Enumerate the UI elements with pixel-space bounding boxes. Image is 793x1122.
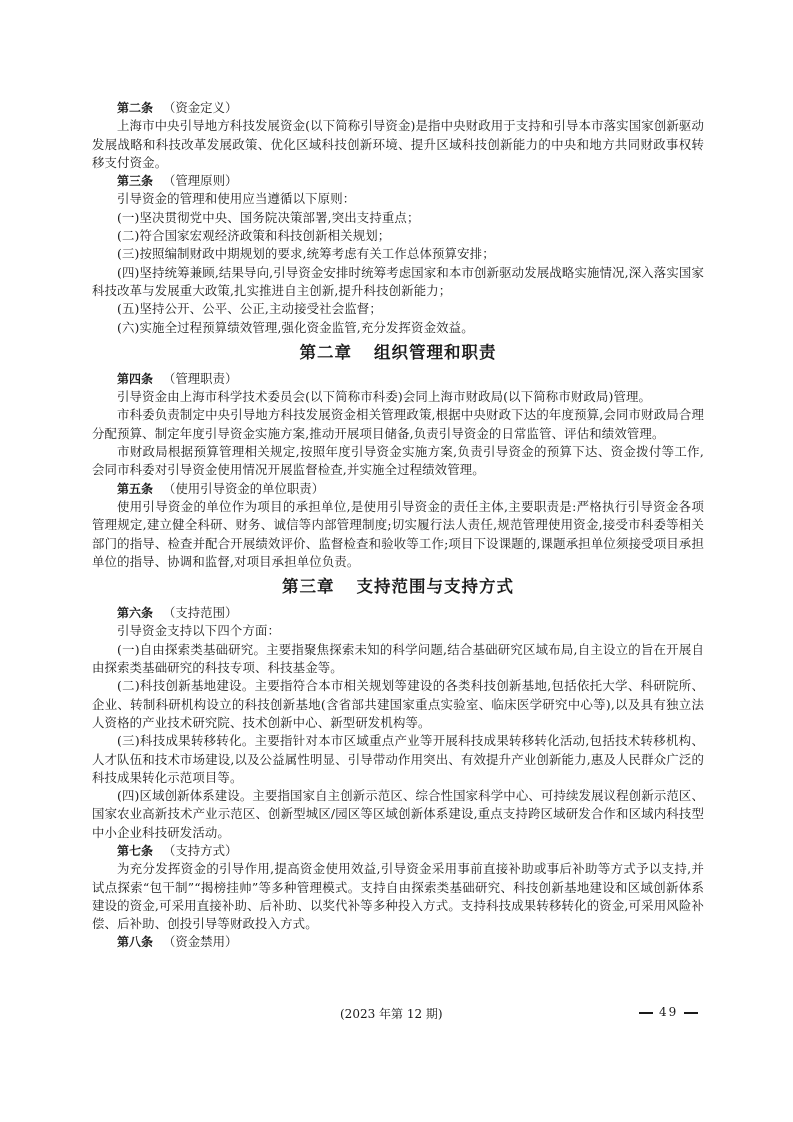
article-title: （资金定义）	[163, 100, 237, 115]
article-title: （资金禁用）	[163, 934, 237, 949]
paragraph: 上海市中央引导地方科技发展资金(以下简称引导资金)是指中央财政用于支持和引导本市…	[92, 117, 704, 172]
article-title: （使用引导资金的单位职责）	[163, 481, 324, 496]
article-title: （管理职责）	[163, 371, 237, 386]
issue-label: (2023 年第 12 期)	[340, 1005, 443, 1022]
page-number: 49	[633, 1005, 704, 1019]
article-4-heading: 第四条（管理职责）	[92, 370, 704, 388]
chapter-number: 第三章	[282, 577, 335, 596]
paragraph: 为充分发挥资金的引导作用,提高资金使用效益,引导资金采用事前直接补助或事后补助等…	[92, 860, 704, 933]
chapter-title: 支持范围与支持方式	[357, 577, 515, 596]
article-number: 第八条	[117, 935, 153, 949]
article-8-heading: 第八条（资金禁用）	[92, 933, 704, 951]
page-number-value: 49	[659, 1005, 678, 1019]
list-item: (五)坚持公开、公平、公正,主动接受社会监督；	[92, 300, 704, 318]
chapter-3-heading: 第三章支持范围与支持方式	[92, 574, 704, 600]
article-3-heading: 第三条（管理原则）	[92, 172, 704, 190]
article-number: 第五条	[117, 482, 153, 496]
document-page: 第二条（资金定义） 上海市中央引导地方科技发展资金(以下简称引导资金)是指中央财…	[92, 99, 704, 952]
list-item: (一)自由探索类基础研究。主要指聚焦探索未知的科学问题,结合基础研究区域布局,自…	[92, 641, 704, 678]
paragraph: 引导资金由上海市科学技术委员会(以下简称市科委)会同上海市财政局(以下简称市财政…	[92, 388, 704, 406]
chapter-title: 组织管理和职责	[374, 343, 497, 362]
list-item: (六)实施全过程预算绩效管理,强化资金监管,充分发挥资金效益。	[92, 319, 704, 337]
paragraph: 引导资金支持以下四个方面：	[92, 622, 704, 640]
article-title: （支持范围）	[163, 605, 237, 620]
article-number: 第六条	[117, 606, 153, 620]
article-number: 第七条	[117, 844, 153, 858]
paragraph: 使用引导资金的单位作为项目的承担单位,是使用引导资金的责任主体,主要职责是:严格…	[92, 498, 704, 571]
list-item: (四)坚持统筹兼顾,结果导向,引导资金安排时统筹考虑国家和本市创新驱动发展战略实…	[92, 264, 704, 301]
article-title: （支持方式）	[163, 843, 237, 858]
list-item: (一)坚决贯彻党中央、国务院决策部署,突出支持重点；	[92, 209, 704, 227]
article-title: （管理原则）	[163, 173, 237, 188]
chapter-2-heading: 第二章组织管理和职责	[92, 340, 704, 366]
article-2-heading: 第二条（资金定义）	[92, 99, 704, 117]
paragraph: 市财政局根据预算管理相关规定,按照年度引导资金实施方案,负责引导资金的预算下达、…	[92, 443, 704, 480]
article-number: 第四条	[117, 372, 153, 386]
article-number: 第二条	[117, 101, 153, 115]
chapter-number: 第二章	[300, 343, 353, 362]
paragraph: 市科委负责制定中央引导地方科技发展资金相关管理政策,根据中央财政下达的年度预算,…	[92, 406, 704, 443]
article-6-heading: 第六条（支持范围）	[92, 604, 704, 622]
article-number: 第三条	[117, 174, 153, 188]
article-5-heading: 第五条（使用引导资金的单位职责）	[92, 480, 704, 498]
list-item: (三)按照编制财政中期规划的要求,统筹考虑有关工作总体预算安排；	[92, 245, 704, 263]
article-7-heading: 第七条（支持方式）	[92, 842, 704, 860]
dash-decoration	[684, 1012, 698, 1014]
list-item: (二)科技创新基地建设。主要指符合本市相关规划等建设的各类科技创新基地,包括依托…	[92, 677, 704, 732]
dash-decoration	[639, 1012, 653, 1014]
list-item: (二)符合国家宏观经济政策和科技创新相关规划；	[92, 227, 704, 245]
paragraph: 引导资金的管理和使用应当遵循以下原则：	[92, 190, 704, 208]
list-item: (三)科技成果转移转化。主要指针对本市区域重点产业等开展科技成果转移转化活动,包…	[92, 732, 704, 787]
list-item: (四)区域创新体系建设。主要指国家自主创新示范区、综合性国家科学中心、可持续发展…	[92, 787, 704, 842]
